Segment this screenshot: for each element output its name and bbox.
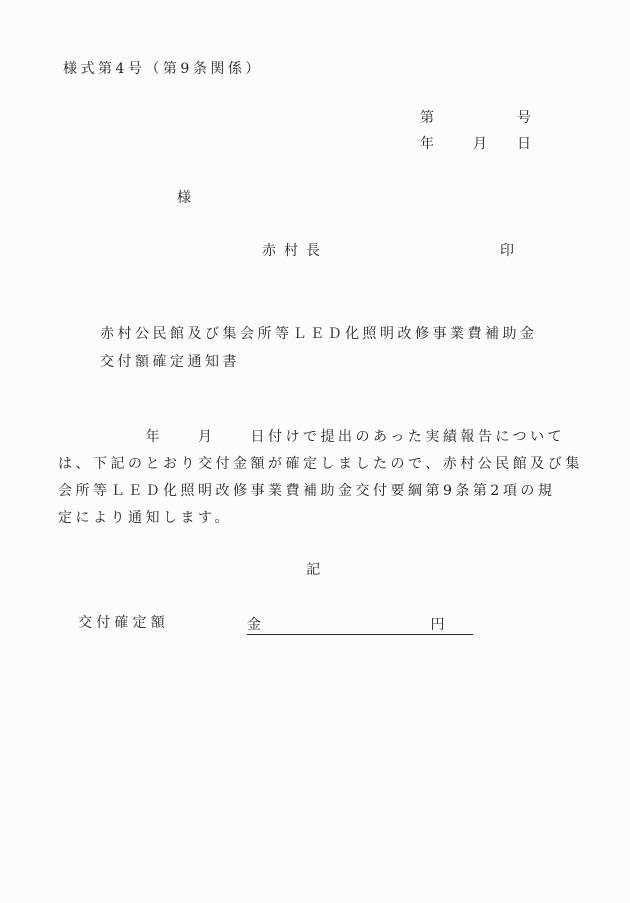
sender-row: 赤村長 印: [0, 244, 630, 262]
amount-fill-in-blank: 金 円: [247, 613, 473, 635]
body-paragraph-line: 会所等ＬＥＤ化照明改修事業費補助金交付要綱第9条第2項の規: [58, 484, 583, 498]
document-title-line2: 交付額確定通知書: [100, 355, 240, 369]
document-number-prefix: 第: [420, 111, 438, 125]
document-number-suffix: 号: [517, 111, 535, 125]
document-title-line1: 赤村公民館及び集会所等ＬＥＤ化照明改修事業費補助金: [100, 327, 538, 341]
addressee-honorific: 様: [177, 191, 195, 205]
date-day-label: 日: [517, 137, 535, 151]
sender-name: 赤村長: [262, 244, 328, 258]
date-row: 年 月 日: [0, 137, 630, 155]
amount-row: 交付確定額 金 円: [0, 613, 630, 639]
document-number-row: 第 号: [0, 111, 630, 129]
seal-placeholder: 印: [500, 244, 518, 258]
document-page: 様式第4号（第9条関係） 第 号 年 月 日 様 赤村長 印 赤村公民館及び集会…: [0, 0, 630, 903]
date-month-label: 月: [473, 137, 491, 151]
ki-separator-label: 記: [0, 563, 630, 577]
body-paragraph-line: は、下記のとおり交付金額が確定しましたので、赤村公民館及び集: [58, 457, 583, 471]
body-paragraph-line: 定により通知します。: [58, 511, 583, 525]
form-number-heading: 様式第4号（第9条関係）: [63, 62, 263, 76]
amount-currency-prefix: 金: [247, 618, 265, 632]
body-paragraph-line: 年 月 日付けで提出のあった実績報告について: [58, 430, 583, 444]
date-year-label: 年: [420, 137, 438, 151]
amount-label: 交付確定額: [78, 616, 169, 630]
amount-currency-suffix: 円: [431, 618, 449, 632]
